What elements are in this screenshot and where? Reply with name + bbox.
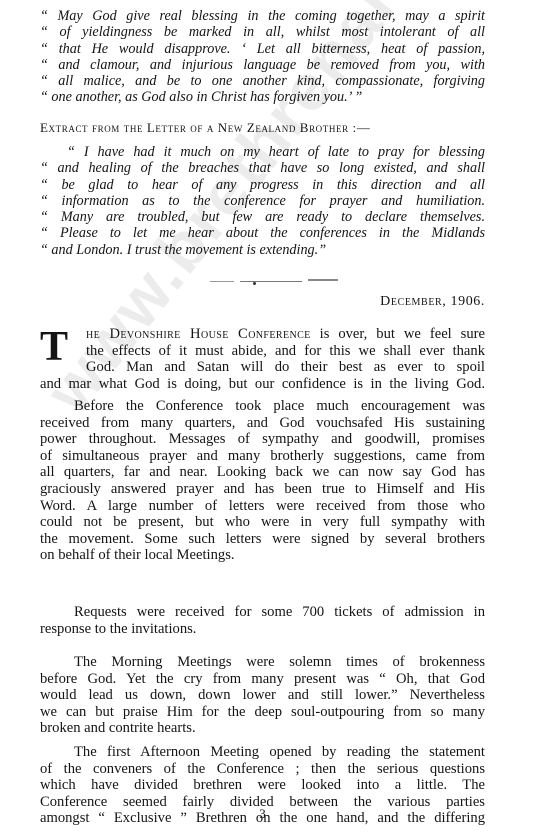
new-zealand-letter-quotation: “ I have had it much on my heart of late… — [40, 144, 485, 258]
dateline: December, 1906. — [380, 294, 485, 310]
quote-line: “ information as to the conference for p… — [40, 193, 485, 209]
paragraph-line: the effects of it must abide, and for th… — [40, 343, 485, 360]
conference-name: he Devonshire House Conference — [86, 326, 311, 342]
quote-line: “ I have had it much on my heart of late… — [40, 144, 485, 160]
paragraph-conference-over: he Devonshire House Conference is over, … — [40, 326, 485, 392]
paragraph-ticket-requests: Requests were received for some 700 tick… — [40, 604, 485, 637]
paragraph-line: The first Afternoon Meeting opened by re… — [40, 744, 485, 761]
paragraph-line: before God. Yet the cry from many presen… — [40, 671, 485, 688]
paragraph-line: which have divided brethren were looked … — [40, 777, 485, 794]
paragraph-line: Word. A large number of letters were rec… — [40, 498, 485, 515]
quote-line: “ and clamour, and injurious language be… — [40, 57, 485, 73]
quote-line: “ of yieldingness be marked in all, whil… — [40, 24, 485, 40]
paragraph-line: all quarters, far and near. Looking back… — [40, 464, 485, 481]
quote-line: “ and healing of the breaches that have … — [40, 160, 485, 176]
paragraph-line: of the conveners of the Conference ; the… — [40, 761, 485, 778]
quote-line: “ all malice, and be to one another kind… — [40, 73, 485, 89]
opening-quotation: “ May God give real blessing in the comi… — [40, 8, 485, 106]
paragraph-line: and mar what God is doing, but our confi… — [40, 376, 485, 393]
paragraph-line: he Devonshire House Conference is over, … — [40, 326, 485, 343]
quote-line: “ Please to let me hear about the confer… — [40, 225, 485, 241]
paragraph-line: response to the invitations. — [40, 621, 485, 638]
quote-line: “ that He would disapprove. ‘ Let all bi… — [40, 41, 485, 57]
section-separator-rule — [210, 279, 338, 285]
paragraph-line: of simultaneous prayer and many brotherl… — [40, 448, 485, 465]
paragraph-encouragement: Before the Conference took place much en… — [40, 398, 485, 564]
separator-ornament-icon — [253, 282, 256, 285]
paragraph-line: power throughout. Messages of sympathy a… — [40, 431, 485, 448]
paragraph-line: graciously answered prayer and has been … — [40, 481, 485, 498]
quote-line: “ May God give real blessing in the comi… — [40, 8, 485, 24]
paragraph-line: The Morning Meetings were solemn times o… — [40, 654, 485, 671]
quote-line: “ Many are troubled, but few are ready t… — [40, 209, 485, 225]
paragraph-line: God. Man and Satan will do their best as… — [40, 359, 485, 376]
page-number: 3 — [40, 806, 485, 822]
quote-line: “ be glad to hear of any progress in thi… — [40, 177, 485, 193]
extract-heading: Extract from the Letter of a New Zealand… — [40, 120, 370, 136]
paragraph-line: the movement. Some such letters were sig… — [40, 531, 485, 548]
document-page: “ May God give real blessing in the comi… — [40, 0, 485, 840]
paragraph-line: could not be present, but who were in ve… — [40, 514, 485, 531]
paragraph-line: Before the Conference took place much en… — [40, 398, 485, 415]
paragraph-line: would lead us down, down lower and still… — [40, 687, 485, 704]
paragraph-line: Requests were received for some 700 tick… — [40, 604, 485, 621]
paragraph-line: broken and contrite hearts. — [40, 720, 485, 737]
paragraph-line: received from many quarters, and God vou… — [40, 415, 485, 432]
paragraph-morning-meetings: The Morning Meetings were solemn times o… — [40, 654, 485, 737]
paragraph-line: on behalf of their local Meetings. — [40, 547, 485, 564]
paragraph-line: we can but praise Him for the deep soul-… — [40, 704, 485, 721]
quote-line: “ and London. I trust the movement is ex… — [40, 242, 485, 258]
quote-line: “ one another, as God also in Christ has… — [40, 89, 485, 105]
